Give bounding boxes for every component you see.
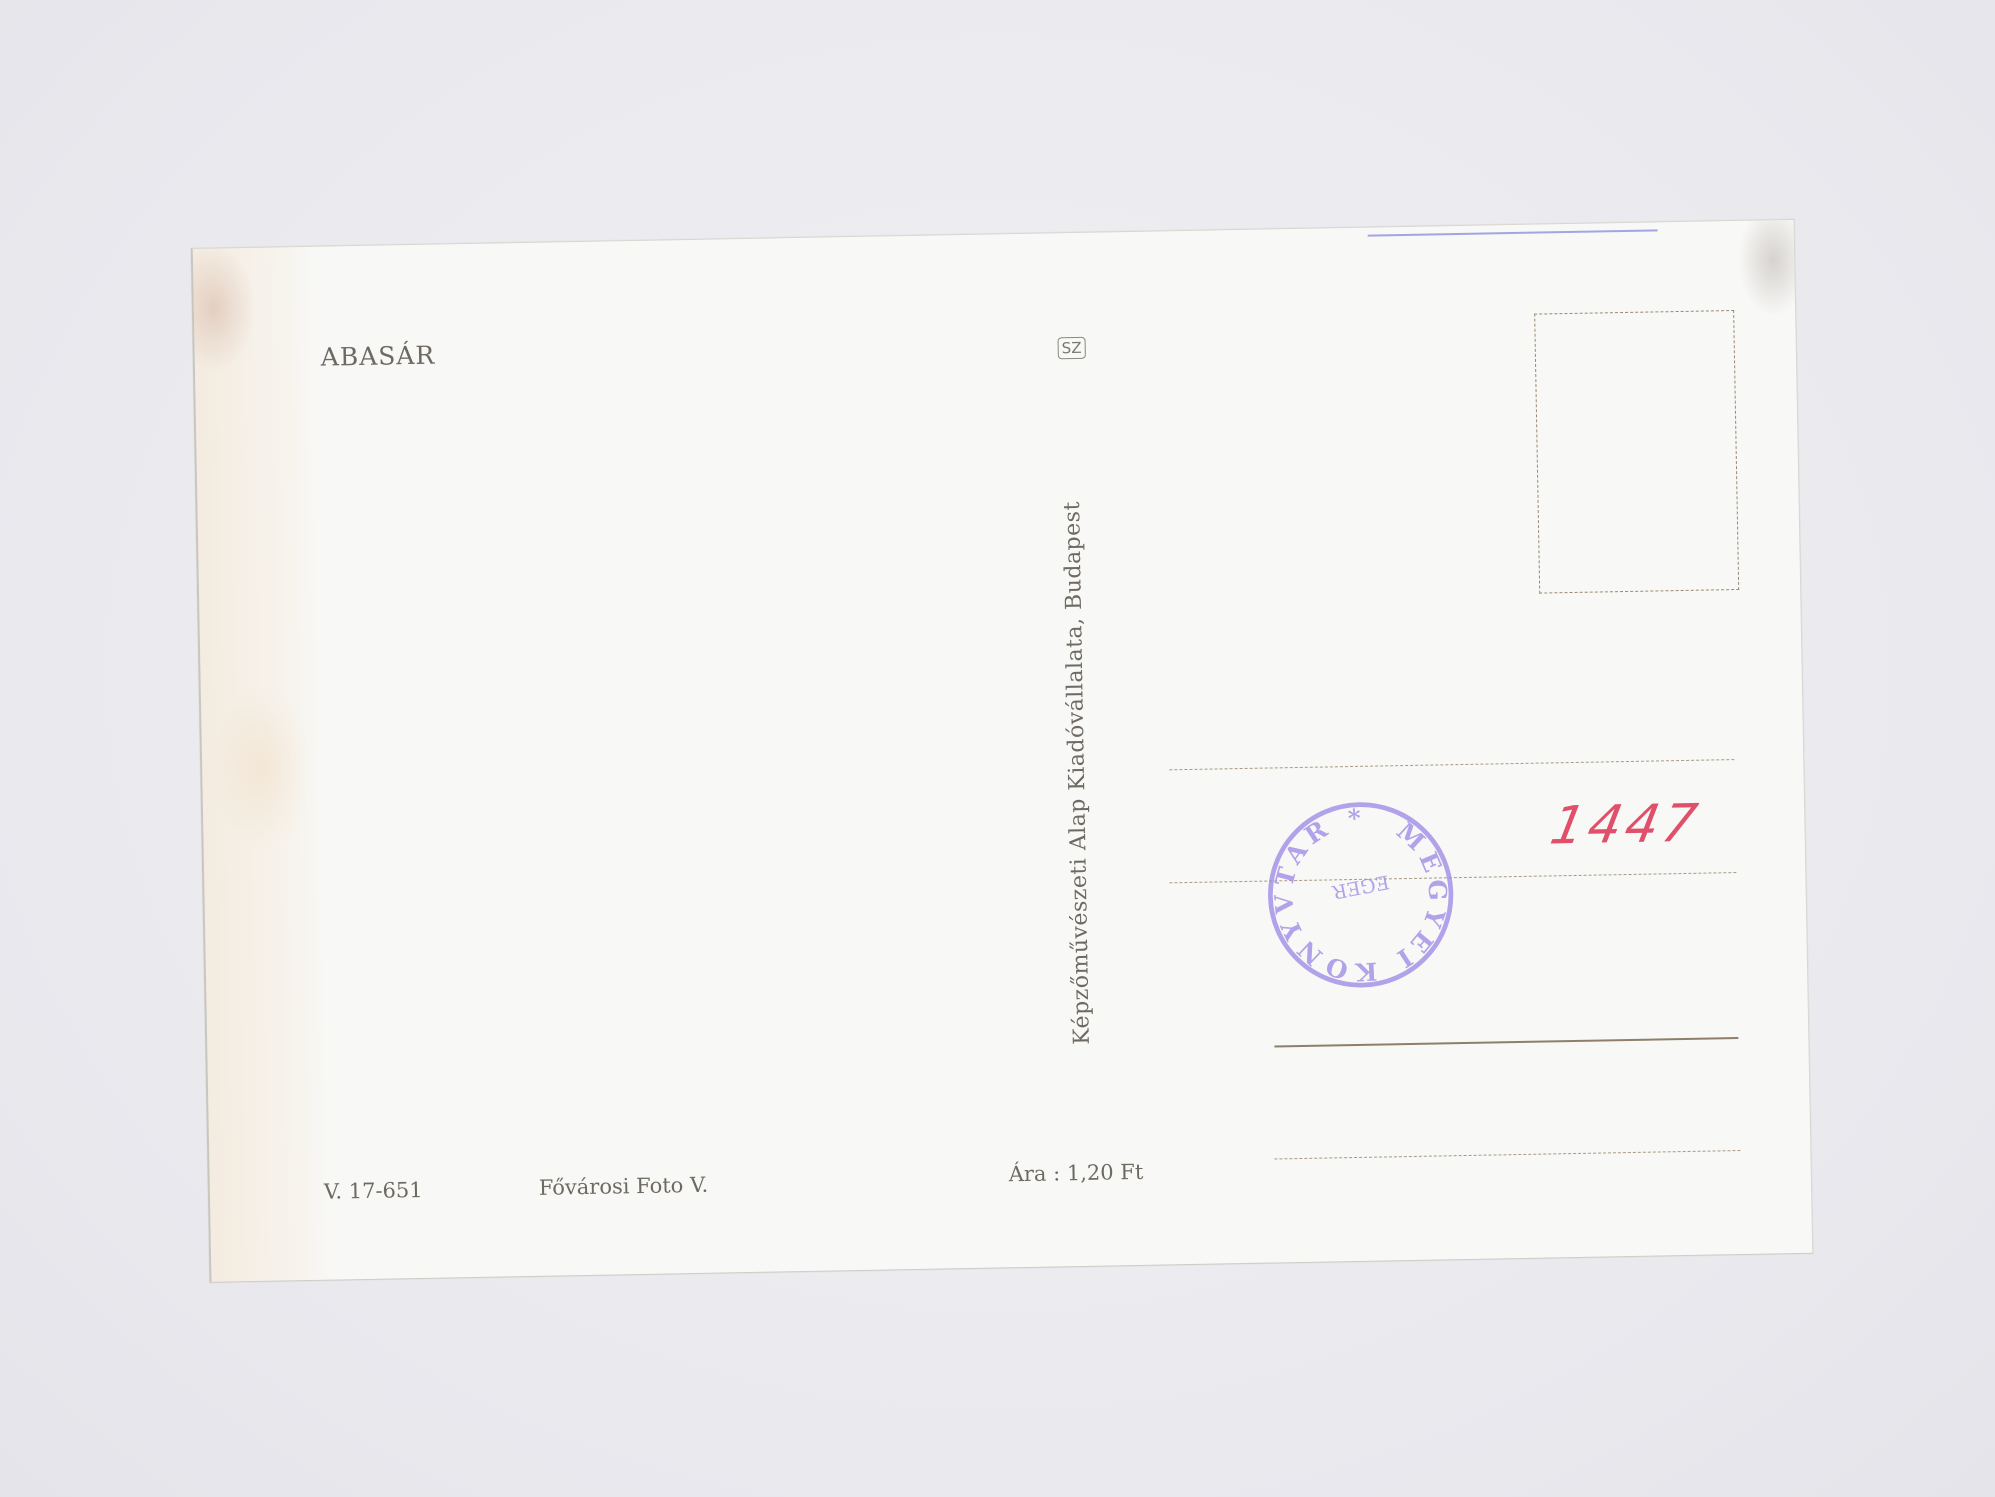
copyright-mark: SZ [1058,337,1086,360]
blue-pen-mark [1368,229,1658,236]
address-line-1 [1169,759,1734,770]
photographer-credit: Fővárosi Foto V. [539,1173,709,1200]
postcard-title: ABASÁR [320,341,435,372]
address-line-3 [1274,1037,1738,1047]
stamp-center-text: EGER [1330,870,1391,903]
publisher-text: Képzőművészeti Alap Kiadóvállalata, Buda… [1060,501,1095,1045]
postcard-back: ABASÁR SZ Képzőművészeti Alap Kiadóválla… [191,219,1814,1283]
library-stamp-icon: MEGYEI KÖNYVTÁR * EGER [1264,798,1457,991]
catalog-number: V. 17-651 [324,1178,423,1204]
address-line-4 [1274,1150,1740,1159]
price-label: Ára : 1,20 Ft [1008,1160,1143,1186]
handwritten-number: 1447 [1546,794,1706,857]
postage-stamp-box [1534,310,1739,594]
